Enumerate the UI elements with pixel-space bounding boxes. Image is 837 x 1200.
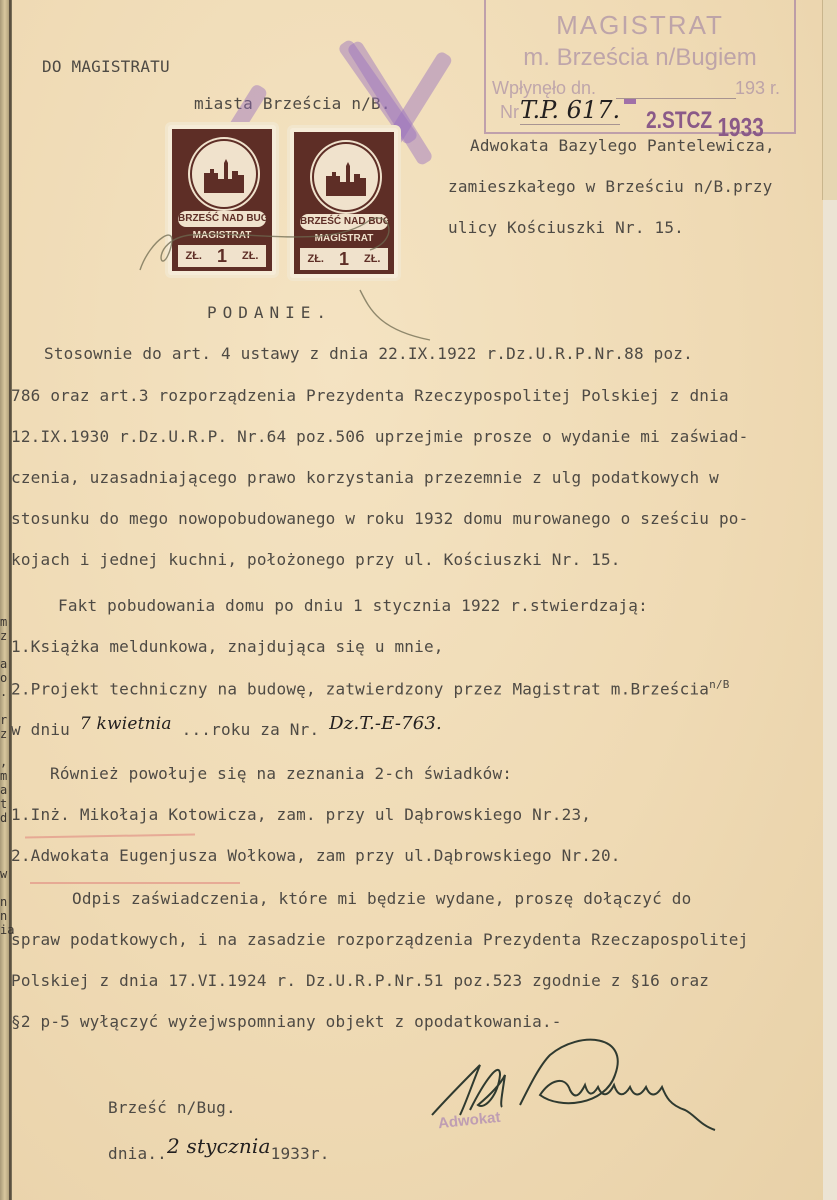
closing-line: Polskiej z dnia 17.VI.1924 r. Dz.U.R.P.N…: [11, 971, 709, 990]
date-stamp-day: 2.STCZ: [646, 107, 712, 134]
body-line: 786 oraz art.3 rozporządzenia Prezydenta…: [11, 386, 729, 405]
registration-stamp-subtitle: m. Brześcia n/Bugiem: [486, 44, 794, 72]
sender-line-2: zamieszkałego w Brześciu n/B.przy: [448, 177, 772, 196]
witness-item: 2.Adwokata Eugenjusza Wołkowa, zam przy …: [11, 846, 621, 865]
closing-line: spraw podatkowych, i na zasadzie rozporz…: [11, 930, 748, 949]
closing-line: Odpis zaświadczenia, które mi będzie wyd…: [72, 889, 691, 908]
closing-line: §2 p-5 wyłączyć wyżejwspomniany objekt z…: [11, 1012, 562, 1031]
date-line: dnia..2 stycznia1933r.: [108, 1140, 330, 1164]
handwritten-approval-date: 7 kwietnia: [80, 714, 172, 734]
addressee-line-2: miasta Brześcia n/B.: [194, 94, 391, 113]
red-underline: [30, 882, 240, 884]
approval-prefix: w dniu: [11, 720, 70, 739]
handwritten-date: 2 stycznia: [167, 1134, 271, 1158]
witness-item: 1.Inż. Mikołaja Kotowicza, zam. przy ul …: [11, 805, 591, 824]
registration-year-label: 193 r.: [735, 78, 780, 99]
addressee-line-1: DO MAGISTRATU: [42, 57, 170, 76]
margin-characters: m z a o . r z , m a t d w n n ia: [0, 615, 10, 937]
handwritten-registration-number: T.P. 617.: [520, 96, 620, 124]
date-received-stamp: 2.STCZ 1933: [646, 104, 764, 135]
scan-background: [823, 200, 837, 1200]
body-line: kojach i jednej kuchni, położonego przy …: [11, 550, 621, 569]
sender-line-3: ulicy Kościuszki Nr. 15.: [448, 218, 684, 237]
approval-line: w dniu 7 kwietnia ...roku za Nr. Dz.T.-E…: [11, 719, 442, 740]
body-line: 12.IX.1930 r.Dz.U.R.P. Nr.64 poz.506 upr…: [11, 427, 748, 446]
fact-item: 2.Projekt techniczny na budowę, zatwierd…: [11, 678, 730, 698]
approval-middle: ...roku za Nr.: [182, 720, 320, 739]
fact-superscript: n/B: [709, 678, 729, 691]
signature-icon: [430, 1035, 750, 1155]
registration-number-label: Nr: [500, 102, 519, 123]
date-prefix: dnia..: [108, 1144, 167, 1163]
registration-stamp-title: MAGISTRAT: [486, 10, 794, 41]
witnesses-intro: Również powołuje się na zeznania 2-ch św…: [50, 764, 512, 783]
stamp-dash-mark: [624, 99, 636, 104]
date-suffix: 1933r.: [271, 1144, 330, 1163]
body-line: Stosownie do art. 4 ustawy z dnia 22.IX.…: [44, 344, 693, 363]
document-heading: PODANIE.: [207, 303, 332, 322]
facts-intro: Fakt pobudowania domu po dniu 1 stycznia…: [58, 596, 648, 615]
fact-text: 2.Projekt techniczny na budowę, zatwierd…: [11, 679, 709, 698]
underlying-page-edge: [822, 0, 837, 200]
place: Brześć n/Bug.: [108, 1098, 236, 1117]
registration-number-line: [520, 124, 620, 125]
sender-line-1: Adwokata Bazylego Pantelewicza,: [470, 136, 775, 155]
body-line: stosunku do mego nowopobudowanego w roku…: [11, 509, 748, 528]
handwritten-approval-number: Dz.T.-E-763.: [329, 713, 442, 734]
fact-item: 1.Książka meldunkowa, znajdująca się u m…: [11, 637, 444, 656]
body-line: czenia, uzasadniającego prawo korzystani…: [11, 468, 719, 487]
